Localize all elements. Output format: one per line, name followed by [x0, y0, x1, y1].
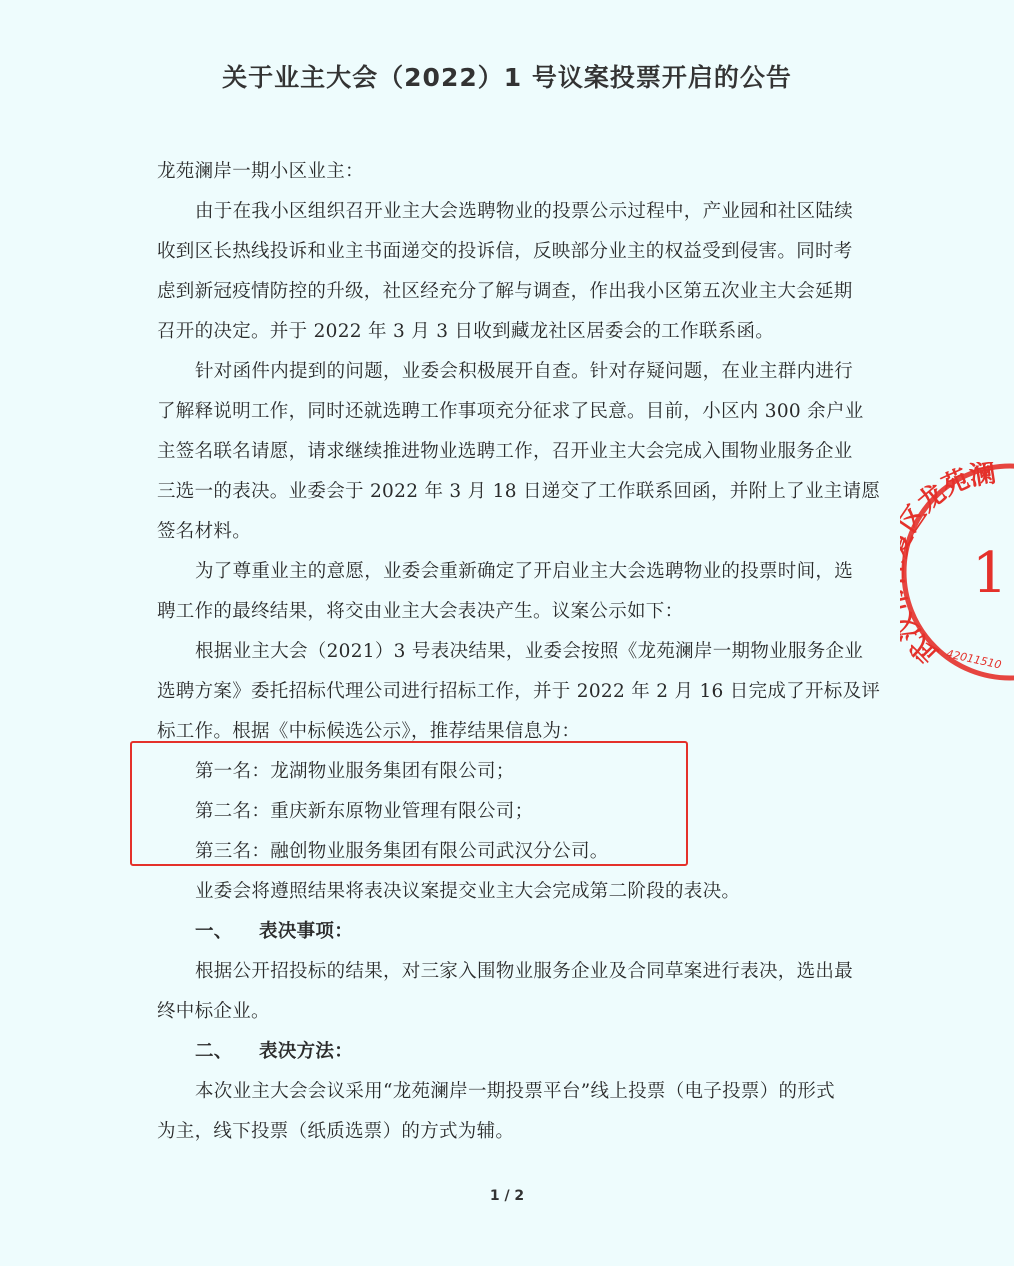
seal-center-number: 1 [972, 541, 1008, 606]
text-line: 三选一的表决。业委会于 2022 年 3 月 18 日递交了工作联系回函，并附上… [157, 480, 877, 504]
section-1-number: 一、 [195, 920, 259, 944]
text-line: 为了尊重业主的意愿，业委会重新确定了开启业主大会选聘物业的投票时间，选 [195, 560, 915, 584]
text-line: 收到区长热线投诉和业主书面递交的投诉信，反映部分业主的权益受到侵害。同时考 [157, 240, 877, 264]
text-line: 主签名联名请愿，请求继续推进物业选聘工作，召开业主大会完成入围物业服务企业 [157, 440, 877, 464]
text-line: 本次业主大会会议采用“龙苑澜岸一期投票平台”线上投票（电子投票）的形式 [195, 1080, 915, 1104]
text-line: 终中标企业。 [157, 1000, 877, 1024]
section-1-heading: 一、表决事项： [195, 920, 915, 944]
text-line: 为主，线下投票（纸质选票）的方式为辅。 [157, 1120, 877, 1144]
after-rankings-text: 业委会将遵照结果将表决议案提交业主大会完成第二阶段的表决。 [195, 880, 915, 904]
ranking-item-1: 第一名：龙湖物业服务集团有限公司； [195, 760, 915, 784]
text-line: 由于在我小区组织召开业主大会选聘物业的投票公示过程中，产业园和社区陆续 [195, 200, 915, 224]
section-2-number: 二、 [195, 1040, 259, 1064]
section-1-title: 表决事项： [259, 921, 353, 942]
text-line: 召开的决定。并于 2022 年 3 月 3 日收到藏龙社区居委会的工作联系函。 [157, 320, 877, 344]
section-2-title: 表决方法： [259, 1041, 353, 1062]
text-line: 了解释说明工作，同时还就选聘工作事项充分征求了民意。目前，小区内 300 余户业 [157, 400, 877, 424]
seal-code: 42011510 [945, 647, 1002, 671]
official-seal-icon: 武汉市江夏区龙苑澜 1 42011510 [900, 462, 1014, 682]
ranking-item-3: 第三名：融创物业服务集团有限公司武汉分公司。 [195, 840, 915, 864]
text-line: 根据公开招投标的结果，对三家入围物业服务企业及合同草案进行表决，选出最 [195, 960, 915, 984]
text-line: 选聘方案》委托招标代理公司进行招标工作，并于 2022 年 2 月 16 日完成… [157, 680, 877, 704]
section-2-heading: 二、表决方法： [195, 1040, 915, 1064]
text-line: 虑到新冠疫情防控的升级，社区经充分了解与调查，作出我小区第五次业主大会延期 [157, 280, 877, 304]
page-number: 1 / 2 [0, 1188, 1014, 1204]
text-line: 根据业主大会（2021）3 号表决结果，业委会按照《龙苑澜岸一期物业服务企业 [195, 640, 915, 664]
text-line: 聘工作的最终结果，将交由业主大会表决产生。议案公示如下： [157, 600, 877, 624]
salutation: 龙苑澜岸一期小区业主： [157, 160, 877, 184]
text-line: 签名材料。 [157, 520, 877, 544]
document-title: 关于业主大会（2022）1 号议案投票开启的公告 [0, 58, 1014, 94]
ranking-item-2: 第二名：重庆新东原物业管理有限公司； [195, 800, 915, 824]
text-line: 针对函件内提到的问题，业委会积极展开自查。针对存疑问题，在业主群内进行 [195, 360, 915, 384]
